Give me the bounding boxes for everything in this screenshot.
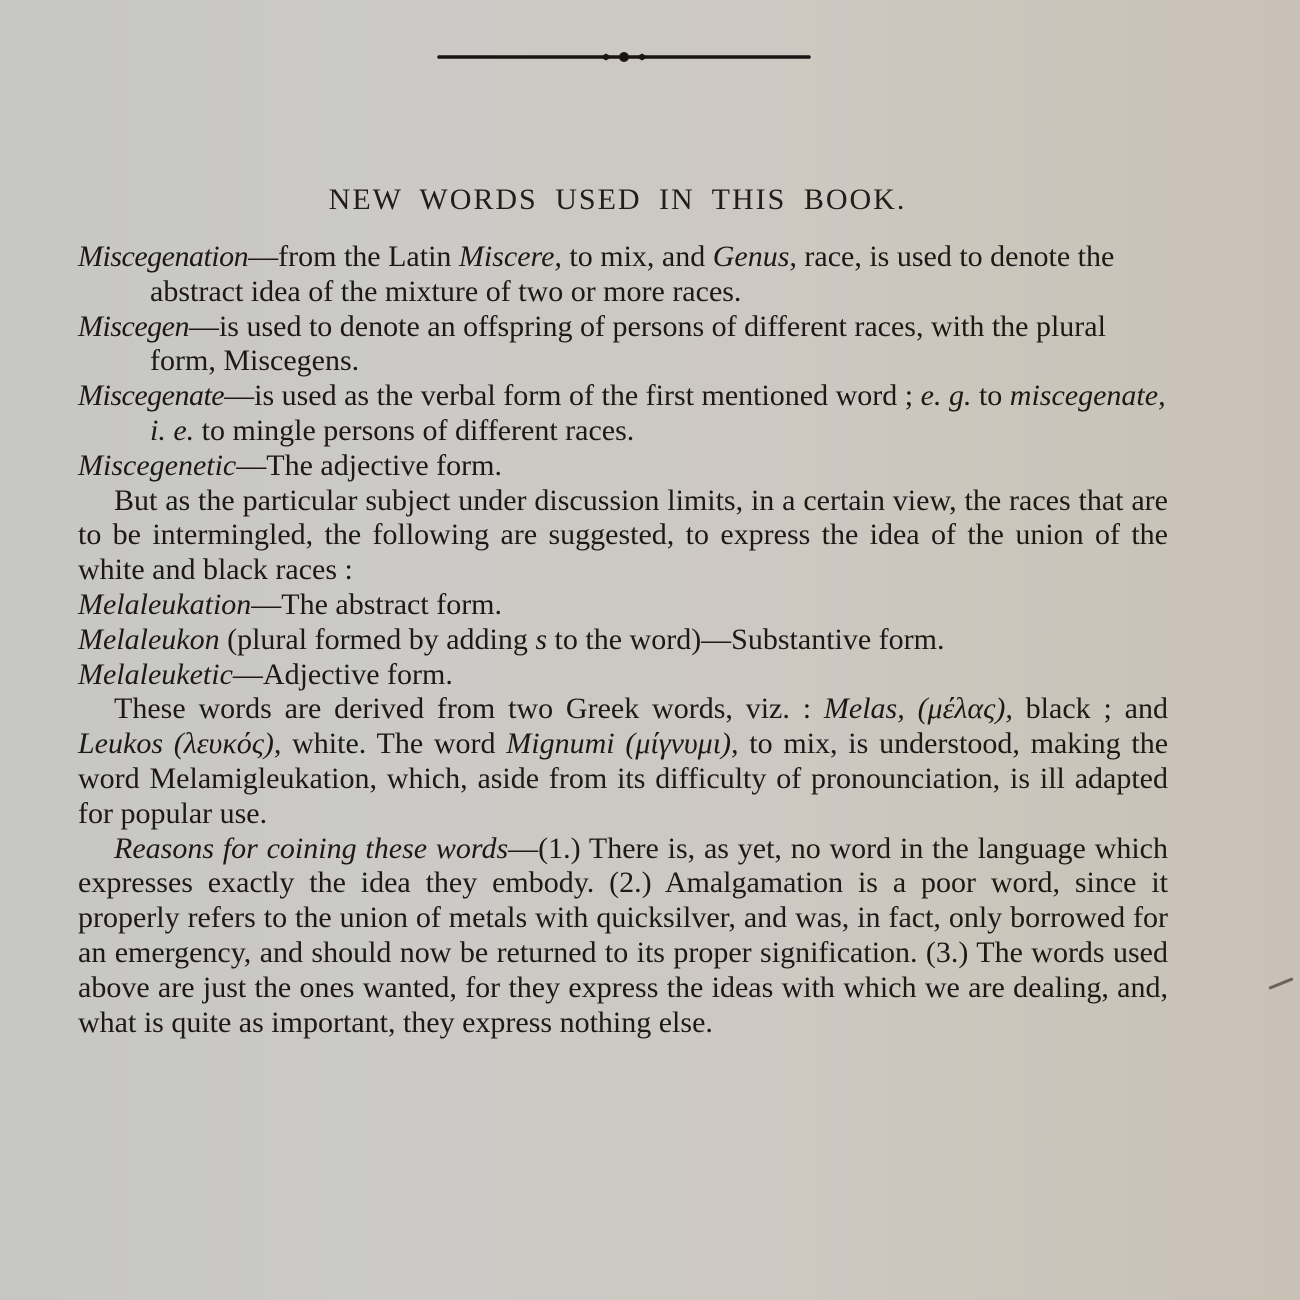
paragraph-etymology: These words are derived from two Greek w… <box>78 692 1168 831</box>
paragraph-intro: But as the particular subject under disc… <box>78 484 1168 588</box>
term: Miscegenate <box>78 379 224 412</box>
paper-mark <box>1268 977 1293 990</box>
definition-entry-miscegenate: Miscegenate—is used as the verbal form o… <box>78 379 1168 449</box>
latin-word: Genus, <box>713 240 797 273</box>
definition-entry-melaleukon: Melaleukon (plural formed by adding s to… <box>78 623 1168 658</box>
term: Miscegen <box>78 310 189 343</box>
greek-word: (μέλας), <box>918 692 1013 725</box>
greek-word: (λευκός), <box>174 727 282 760</box>
greek-word: (μίγνυμι), <box>625 727 738 760</box>
reasons-lead: Reasons for coining these words <box>114 832 508 865</box>
ornamental-divider-icon <box>437 52 811 62</box>
term: Melaleukon <box>78 623 220 656</box>
book-page: NEW WORDS USED IN THIS BOOK. Miscegenati… <box>0 0 1300 1300</box>
term: Miscegenetic <box>78 449 236 482</box>
term: Melaleuketic <box>78 658 233 691</box>
paragraph-reasons: Reasons for coining these words—(1.) The… <box>78 832 1168 1041</box>
definition-entry-miscegenation: Miscegenation—from the Latin Miscere, to… <box>78 240 1168 310</box>
definition-entry-melaleuketic: Melaleuketic—Adjective form. <box>78 658 1168 693</box>
definition-entry-miscegen: Miscegen—is used to denote an offspring … <box>78 310 1168 380</box>
latin-word: Miscere, <box>459 240 562 273</box>
page-heading: NEW WORDS USED IN THIS BOOK. <box>0 183 1235 217</box>
term: Melaleukation <box>78 588 251 621</box>
definition-entry-melaleukation: Melaleukation—The abstract form. <box>78 588 1168 623</box>
definition-entry-miscegenetic: Miscegenetic—The adjective form. <box>78 449 1168 484</box>
term: Miscegenation <box>78 240 248 273</box>
page-body: Miscegenation—from the Latin Miscere, to… <box>78 240 1168 1040</box>
